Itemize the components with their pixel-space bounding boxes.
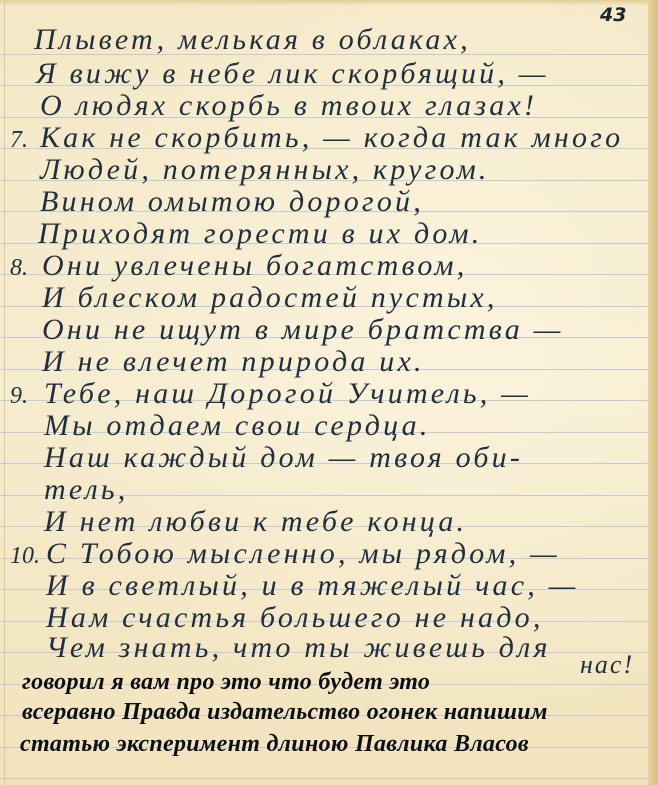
poem-line: С Тобою мысленно, мы рядом, — — [46, 538, 560, 570]
stanza-number: 9. — [10, 380, 28, 412]
page-number: 43 — [600, 4, 626, 26]
note-line: всеравно Правда издательство огонек напи… — [22, 696, 548, 728]
notebook-page: 43 Плывет, мелькая в облаках, Я вижу в н… — [0, 0, 658, 785]
page-right-edge — [648, 0, 658, 785]
poem-line: Вином омытою дорогой, — [40, 186, 424, 218]
poem-line: Плывет, мелькая в облаках, — [34, 24, 471, 56]
poem-line: Я вижу в небе лик скорбящий, — — [36, 58, 549, 90]
stanza-number: 10. — [10, 540, 40, 572]
poem-line: И не влечет природа их. — [42, 346, 425, 378]
poem-line: тель, — [44, 474, 128, 506]
poem-line: Тебе, наш Дорогой Учитель, — — [44, 378, 531, 410]
poem-line-continuation: нас! — [580, 650, 634, 680]
stanza-number: 8. — [10, 252, 28, 284]
stanza-number: 7. — [10, 124, 28, 156]
note-line: статью эксперимент длиною Павлика Власов — [20, 728, 529, 760]
poem-line: Они не ищут в мире братства — — [42, 314, 564, 346]
poem-line: Приходят горести в их дом. — [38, 218, 482, 250]
poem-line: Мы отдаем свои сердца. — [44, 410, 431, 442]
ruled-line — [0, 778, 648, 779]
poem-line: Они увлечены богатством, — [42, 250, 467, 282]
poem-line: И в светлый, и в тяжелый час, — — [46, 570, 579, 602]
poem-line: И блеском радостей пустых, — [42, 282, 498, 314]
poem-line: Как не скорбить, — когда так много — [40, 122, 623, 154]
page-top-edge — [0, 0, 658, 6]
poem-line: Людей, потерянных, кругом. — [40, 154, 490, 186]
poem-line: Наш каждый дом — твоя оби- — [44, 442, 523, 474]
note-line: говорил я вам про это что будет это — [22, 666, 430, 698]
poem-line: И нет любви к тебе конца. — [44, 506, 467, 538]
poem-line: Нам счастья большего не надо, — [46, 602, 544, 634]
poem-line: О людях скорбь в твоих глазах! — [40, 90, 537, 122]
poem-line: Чем знать, что ты живешь для — [46, 632, 551, 664]
